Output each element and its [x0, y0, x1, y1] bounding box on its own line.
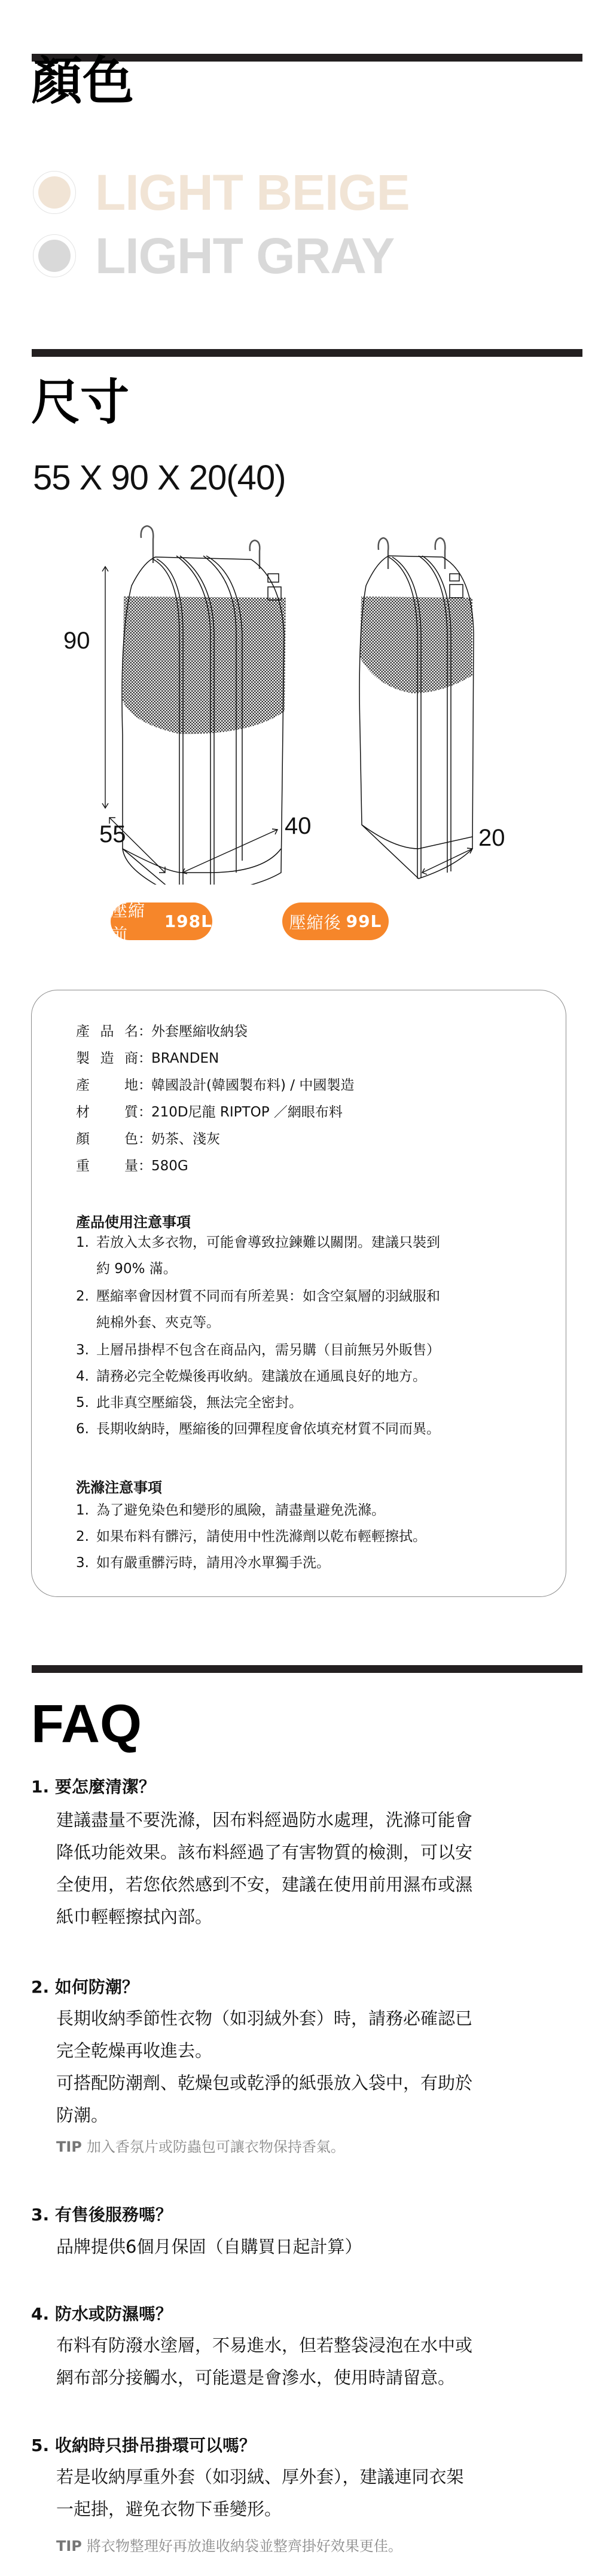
spec-row-material: 材 質：210D尼龍 RIPTOP ／網眼布料 — [76, 1106, 343, 1119]
usage-note-4: 4.請務必完全乾燥後再收納。建議放在通風良好的地方。 — [76, 1363, 560, 1390]
faq-answer-5: 若是收納厚重外套（如羽絨、厚外套），建議連同衣架 一起掛，避免衣物下垂變形。 — [56, 2461, 570, 2525]
badge-after-value: 99L — [346, 911, 382, 931]
section-divider-size — [32, 349, 582, 357]
dim-label-depth-after: 20 — [478, 825, 505, 852]
faq-question-2: 2. 如何防潮？ — [31, 1974, 139, 1998]
color-label-beige: LIGHT BEIGE — [95, 167, 410, 218]
colors-title: 顏色 — [31, 56, 134, 107]
faq-answer-1: 建議盡量不要洗滌，因布料經過防水處理，洗滌可能會 降低功能效果。該布料經過了有害… — [56, 1804, 570, 1933]
bag-before-compression — [122, 526, 286, 885]
usage-note-3: 3.上層吊掛桿不包含在商品內，需另購（目前無另外販售） — [76, 1337, 560, 1363]
badge-after-prefix: 壓縮後 — [289, 910, 341, 934]
color-label-gray: LIGHT GRAY — [95, 231, 394, 281]
spec-row-weight: 重 量：580G — [76, 1159, 188, 1173]
usage-notes-title: 產品使用注意事項 — [76, 1210, 191, 1231]
wash-notes-title: 洗滌注意事項 — [76, 1476, 162, 1497]
faq-question-1: 1. 要怎麼清潔？ — [31, 1774, 155, 1798]
spec-row-origin: 產 地：韓國設計(韓國製布料) / 中國製造 — [76, 1079, 354, 1093]
color-swatch-beige — [33, 171, 76, 214]
dimensions-text: 55 X 90 X 20(40) — [33, 458, 286, 498]
faq-question-3: 3. 有售後服務嗎？ — [31, 2202, 172, 2226]
size-title: 尺寸 — [31, 378, 129, 427]
usage-note-6: 6.長期收納時，壓縮後的回彈程度會依填充材質不同而異。 — [76, 1416, 560, 1442]
color-option-light-beige: LIGHT BEIGE — [33, 167, 410, 218]
spec-row-name: 產品名：外套壓縮收納袋 — [76, 1025, 248, 1039]
wash-note-2: 2.如果布料有髒污，請使用中性洗滌劑以乾布輕輕擦拭。 — [76, 1523, 560, 1550]
usage-note-2: 2.壓縮率會因材質不同而有所差異：如含空氣層的羽絨服和純棉外套、夾克等。 — [76, 1283, 560, 1336]
color-swatch-gray — [33, 234, 76, 277]
bag-after-compression — [359, 538, 474, 879]
faq-answer-4: 布料有防潑水塗層，不易進水，但若整袋浸泡在水中或 網布部分接觸水，可能還是會滲水… — [56, 2329, 570, 2394]
badge-before-value: 198L — [164, 911, 212, 931]
usage-note-5: 5.此非真空壓縮袋，無法完全密封。 — [76, 1390, 560, 1416]
badge-after-compression: 壓縮後 99L — [282, 902, 389, 940]
faq-question-5: 5. 收納時只掛吊掛環可以嗎？ — [31, 2433, 256, 2456]
size-illustration: 90 55 40 20 — [0, 514, 598, 885]
wash-note-1: 1.為了避免染色和變形的風險，請盡量避免洗滌。 — [76, 1497, 560, 1523]
dim-label-width: 55 — [99, 821, 126, 848]
color-option-light-gray: LIGHT GRAY — [33, 231, 394, 281]
faq-question-4: 4. 防水或防濕嗎？ — [31, 2301, 172, 2325]
faq-title: FAQ — [31, 1697, 142, 1751]
dim-label-height: 90 — [63, 628, 90, 654]
wash-note-3: 3.如有嚴重髒污時，請用冷水單獨手洗。 — [76, 1550, 560, 1576]
spec-row-maker: 製造商：BRANDEN — [76, 1052, 219, 1066]
faq-tip-5: TIP將衣物整理好再放進收納袋並整齊掛好效果更佳。 — [56, 2534, 402, 2555]
section-divider-faq — [32, 1665, 582, 1673]
faq-answer-2: 長期收納季節性衣物（如羽絨外套）時，請務必確認已 完全乾燥再收進去。 可搭配防潮… — [56, 2002, 570, 2131]
faq-answer-3: 品牌提供6個月保固（自購買日起計算） — [56, 2231, 570, 2263]
usage-note-1: 1.若放入太多衣物，可能會導致拉鍊難以關閉。建議只裝到約 90% 滿。 — [76, 1229, 560, 1282]
dim-label-depth-before: 40 — [285, 813, 312, 840]
badge-before-compression: 壓縮前 198L — [111, 902, 212, 940]
faq-tip-2: TIP加入香氛片或防蟲包可讓衣物保持香氣。 — [56, 2135, 345, 2156]
spec-panel: 產品名：外套壓縮收納袋 製造商：BRANDEN 產 地：韓國設計(韓國製布料) … — [31, 990, 566, 1597]
badge-before-prefix: 壓縮前 — [111, 898, 160, 946]
spec-row-color: 顏 色：奶茶、淺灰 — [76, 1133, 220, 1146]
